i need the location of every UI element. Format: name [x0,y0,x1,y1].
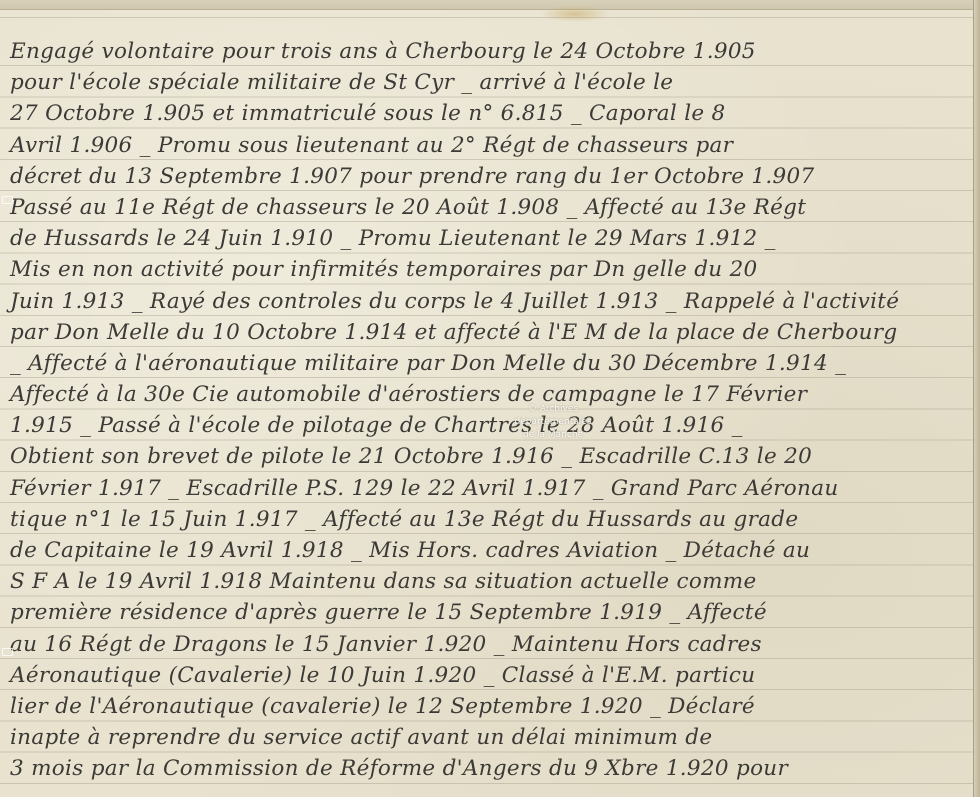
watermark-line: départementales [508,416,598,429]
text-line: Avril 1.906 _ Promu sous lieutenant au 2… [0,130,975,161]
text-line: _ Affecté à l'aéronautique militaire par… [0,348,975,379]
text-line: Engagé volontaire pour trois ans à Cherb… [0,36,975,67]
text-line: lier de l'Aéronautique (cavalerie) le 12… [0,691,975,722]
text-line: par Don Melle du 10 Octobre 1.914 et aff… [0,317,975,348]
watermark-line: © Archives [508,403,598,416]
text-line: Passé au 11e Régt de chasseurs le 20 Aoû… [0,192,975,223]
text-line: de Capitaine le 19 Avril 1.918 _ Mis Hor… [0,535,975,566]
scan-marker-icon [2,648,13,656]
text-line: Février 1.917 _ Escadrille P.S. 129 le 2… [0,473,975,504]
text-line: inapte à reprendre du service actif avan… [0,722,975,753]
watermark-line: de la Manche [508,429,598,442]
text-line: Mis en non activité pour infirmités temp… [0,254,975,285]
text-line: pour l'école spéciale militaire de St Cy… [0,67,975,98]
text-line: au 16 Régt de Dragons le 15 Janvier 1.92… [0,629,975,660]
text-line: 1.915 _ Passé à l'école de pilotage de C… [0,410,975,441]
text-line: Juin 1.913 _ Rayé des controles du corps… [0,286,975,317]
text-line: Affecté à la 30e Cie automobile d'aérost… [0,379,975,410]
text-line: tique n°1 le 15 Juin 1.917 _ Affecté au … [0,504,975,535]
text-line: Aéronautique (Cavalerie) le 10 Juin 1.92… [0,660,975,691]
archive-watermark: © Archives départementales de la Manche [508,403,598,442]
handwritten-text: Engagé volontaire pour trois ans à Cherb… [0,36,975,785]
text-line: première résidence d'après guerre le 15 … [0,597,975,628]
document-scan: Engagé volontaire pour trois ans à Cherb… [0,0,980,797]
text-line: 3 mois par la Commission de Réforme d'An… [0,753,975,784]
scan-marker-icon [2,196,13,204]
text-line: Obtient son brevet de pilote le 21 Octob… [0,441,975,472]
text-line: décret du 13 Septembre 1.907 pour prendr… [0,161,975,192]
text-line: S F A le 19 Avril 1.918 Maintenu dans sa… [0,566,975,597]
text-line: de Hussards le 24 Juin 1.910 _ Promu Lie… [0,223,975,254]
text-line: 27 Octobre 1.905 et immatriculé sous le … [0,98,975,129]
